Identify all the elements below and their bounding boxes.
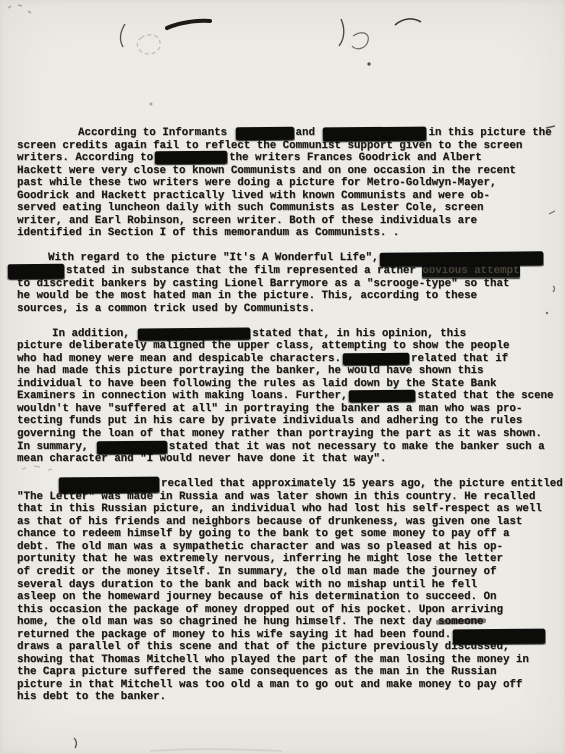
text-run: portunity that he was extremely nervous,… [17,553,503,565]
text-run: screen credits again fail to reflect the… [17,140,522,152]
text-run: With regard to the picture "It's A Wonde… [48,252,378,264]
text-line: In summary, stated that it was not neces… [17,441,565,454]
text-line: as that of his friends and neighbors bec… [17,516,565,529]
text-run: that in this Russian picture, an individ… [17,503,542,515]
pen-mark-bold-dash [167,21,210,28]
text-run: asleep on the homeward journey because o… [17,591,496,603]
text-line: wouldn't have "suffered at all" in portr… [17,403,565,416]
indent-spacer [17,127,78,128]
text-run: his debt to the banker. [17,691,166,703]
text-line: sources, is a common trick used by Commu… [17,303,565,316]
text-run: governing the loan of that money rather … [17,428,542,440]
text-run: recalled that approximately 15 years ago… [161,478,563,490]
text-run: debt. The old man was a sympathetic char… [17,541,503,553]
text-run: obvious attempt [422,265,519,277]
text-line: to discredit bankers by casting Lionel B… [17,278,565,291]
text-line: screen credits again fail to reflect the… [17,140,565,153]
text-run: related that if [411,353,508,365]
indent-spacer [17,252,48,253]
text-run: chance to redeem himself by going to the… [17,528,509,540]
text-run: the Capra picture suffered the same cons… [17,666,496,678]
indent-spacer [17,328,52,329]
text-line: returned the package of money to his wif… [17,629,565,642]
text-run: as that of his friends and neighbors bec… [17,516,522,528]
text-line: writers. According tothe writers Frances… [17,152,565,165]
text-line: of credit or the money itself. In summar… [17,566,565,579]
text-line: Hackett were very close to known Communi… [17,165,565,178]
text-run: in this picture the [428,127,551,139]
document-body: According to Informants and in this pict… [17,127,565,717]
text-line: the Capra picture suffered the same cons… [17,666,565,679]
pen-mark-faint-dot [150,103,153,106]
text-line: he had made this picture portraying the … [17,365,565,378]
text-run: stated in substance that the film repres… [66,265,422,277]
text-line: recalled that approximately 15 years ago… [17,478,565,491]
text-line: According to Informants and in this pict… [17,127,565,140]
text-line: picture in that Mitchell was too old a m… [17,679,565,692]
text-line: picture deliberately maligned the upper … [17,340,565,353]
text-run: the writers Frances Goodrick and Albert [229,152,482,164]
text-run: Examiners in connection with making loan… [17,390,347,402]
text-line: served eating luncheon daily with such C… [17,202,565,215]
text-run: home, the old man was so chagrined he hu… [17,616,438,628]
text-run: showing that Thomas Mitchell who played … [17,654,529,666]
text-line: who had money were mean and despicable c… [17,353,565,366]
text-run: sources, is a common trick used by Commu… [17,303,315,315]
text-line: mean character and "I would never have d… [17,453,565,466]
text-run: of credit or the money itself. In summar… [17,566,496,578]
text-line: governing the loan of that money rather … [17,428,565,441]
redaction-bar [349,390,415,403]
text-run: draws a parallel of this scene and that … [17,641,509,653]
pen-mark-right-paren [339,19,344,46]
text-run: Goodrick and Hackett practically lived w… [17,190,490,202]
text-run: stated that, in his opinion, this [252,328,466,340]
text-run: tecting funds put in his care by private… [17,415,522,427]
text-run: identified in Section I of this memorand… [17,227,399,239]
text-line: asleep on the homeward journey because o… [17,591,565,604]
text-line: home, the old man was so chagrined he hu… [17,616,565,629]
text-run: writer, and Earl Robinson, screen writer… [17,215,477,227]
text-run: who had money were mean and despicable c… [17,353,341,365]
pen-mark-specks-top-left [8,5,31,13]
redaction-bar [59,477,159,494]
paragraph: In addition, stated that, in his opinion… [17,328,565,466]
text-line: debt. The old man was a sympathetic char… [17,541,565,554]
paragraph: recalled that approximately 15 years ago… [17,478,565,704]
text-run: In summary, [17,441,95,453]
text-run: According to Informants [78,127,234,139]
text-line: portunity that he was extremely nervous,… [17,553,565,566]
text-line: several days duration to the bank and ba… [17,579,565,592]
pen-mark-arc [395,19,421,25]
pen-mark-bottom-tick [74,738,76,748]
text-line: tecting funds put in his care by private… [17,415,565,428]
text-line: stated in substance that the film repres… [17,265,565,278]
scan-smudge-bottom [150,749,282,751]
redaction-bar [453,628,545,644]
redaction-bar [235,127,293,141]
text-run: stated that the scene [417,390,553,402]
pen-mark-circle-smudge [137,35,160,54]
pen-mark-curl [352,33,368,49]
text-run: returned the package of money to his wif… [17,629,451,641]
text-line: identified in Section I of this memorand… [17,227,565,240]
redaction-bar [343,352,409,365]
text-run: picture deliberately maligned the upper … [17,340,509,352]
text-run: to discredit bankers by casting Lionel B… [17,278,509,290]
text-run: individual to have been following the ru… [17,378,496,390]
text-run: In addition, [52,328,136,340]
text-line: writer, and Earl Robinson, screen writer… [17,215,565,228]
text-line: chance to redeem himself by going to the… [17,528,565,541]
text-line: With regard to the picture "It's A Wonde… [17,252,565,265]
text-run: Hackett were very close to known Communi… [17,165,516,177]
redaction-bar [8,264,64,279]
redaction-bar [138,327,250,340]
text-run: and [296,127,322,139]
redaction-bar [155,151,227,165]
redaction-bar [380,252,543,267]
text-line: showing that Thomas Mitchell who played … [17,654,565,667]
pen-mark-dot [367,62,370,65]
text-run: he would be the most hated man in the pi… [17,290,477,302]
paragraph: With regard to the picture "It's A Wonde… [17,252,565,315]
text-line: Examiners in connection with making loan… [17,390,565,403]
indent-spacer [17,478,57,479]
text-line: Goodrick and Hackett practically lived w… [17,190,565,203]
text-line: In addition, stated that, in his opinion… [17,328,565,341]
text-line: his debt to the banker. [17,691,565,704]
pen-mark-left-paren [121,24,125,47]
text-line: that in this Russian picture, an individ… [17,503,565,516]
text-run: someone [438,616,483,628]
text-run: stated that it was not necessary to make… [169,441,545,453]
paragraph: According to Informants and in this pict… [17,127,565,240]
text-line: past while these two writers were doing … [17,177,565,190]
text-run: wouldn't have "suffered at all" in portr… [17,403,522,415]
text-line: individual to have been following the ru… [17,378,565,391]
text-run: this occasion the package of money dropp… [17,604,503,616]
text-line: this occasion the package of money dropp… [17,604,565,617]
text-run: past while these two writers were doing … [17,177,496,189]
text-run: writers. According to [17,152,153,164]
text-run: he had made this picture portraying the … [17,365,484,377]
redaction-bar [97,440,167,454]
text-run: mean character and "I would never have d… [17,453,386,465]
redaction-bar [323,127,426,142]
text-run: picture in that Mitchell was too old a m… [17,679,522,691]
text-run: several days duration to the bank and ba… [17,579,477,591]
text-line: he would be the most hated man in the pi… [17,290,565,303]
text-run: served eating luncheon daily with such C… [17,202,484,214]
